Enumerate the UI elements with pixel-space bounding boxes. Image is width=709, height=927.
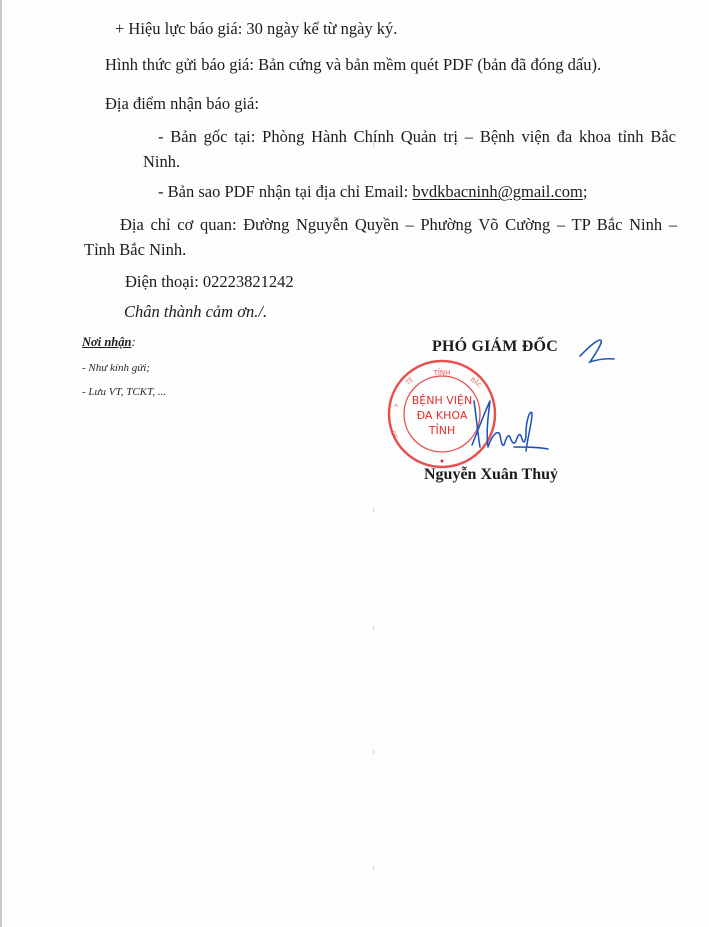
- svg-text:ĐA KHOA: ĐA KHOA: [417, 409, 468, 422]
- office-address-line: Địa chỉ cơ quan: Đường Nguyễn Quyền – Ph…: [120, 215, 677, 235]
- recipients-colon: :: [131, 335, 135, 349]
- handwritten-signature-icon: [470, 395, 550, 455]
- original-location-line-continuation: Ninh.: [143, 152, 180, 172]
- original-location-line: - Bản gốc tại: Phòng Hành Chính Quản trị…: [158, 127, 676, 147]
- signer-name: Nguyễn Xuân Thuỷ: [424, 466, 558, 484]
- closing-line: Chân thành cảm ơn./.: [124, 302, 267, 322]
- scan-mark: [373, 626, 374, 630]
- scan-mark: [373, 866, 374, 870]
- recipients-heading: Nơi nhận:: [82, 335, 136, 350]
- receiving-location-label: Địa điểm nhận báo giá:: [105, 94, 259, 114]
- email-link[interactable]: bvdkbacninh@gmail.com: [412, 182, 583, 201]
- document-page: + Hiệu lực báo giá: 30 ngày kể từ ngày k…: [0, 0, 709, 927]
- signer-role: PHÓ GIÁM ĐỐC: [432, 338, 558, 356]
- pdf-copy-line: - Bản sao PDF nhận tại địa chỉ Email: bv…: [158, 182, 587, 202]
- phone-line: Điện thoại: 02223821242: [125, 272, 294, 292]
- office-address-line-continuation: Tỉnh Bắc Ninh.: [84, 240, 186, 260]
- svg-text:TỈNH: TỈNH: [428, 423, 455, 437]
- pdf-copy-prefix: - Bản sao PDF nhận tại địa chỉ Email:: [158, 182, 412, 201]
- recipient-item: - Lưu VT, TCKT, ...: [82, 386, 166, 398]
- scan-mark: [373, 750, 374, 754]
- page-left-edge: [0, 0, 2, 927]
- recipient-item: - Như kính gửi;: [82, 362, 150, 374]
- pdf-copy-suffix: ;: [583, 182, 588, 201]
- scan-mark: [373, 508, 374, 512]
- svg-text:BỆNH VIỆN: BỆNH VIỆN: [412, 394, 472, 407]
- quote-validity-line: + Hiệu lực báo giá: 30 ngày kể từ ngày k…: [115, 19, 397, 39]
- svg-text:TỈNH: TỈNH: [433, 368, 451, 377]
- scan-mark: [373, 143, 374, 147]
- svg-text:Y: Y: [393, 403, 401, 410]
- initial-mark-icon: [578, 336, 618, 368]
- recipients-title: Nơi nhận: [82, 335, 131, 349]
- submission-form-line: Hình thức gửi báo giá: Bản cứng và bản m…: [105, 55, 601, 75]
